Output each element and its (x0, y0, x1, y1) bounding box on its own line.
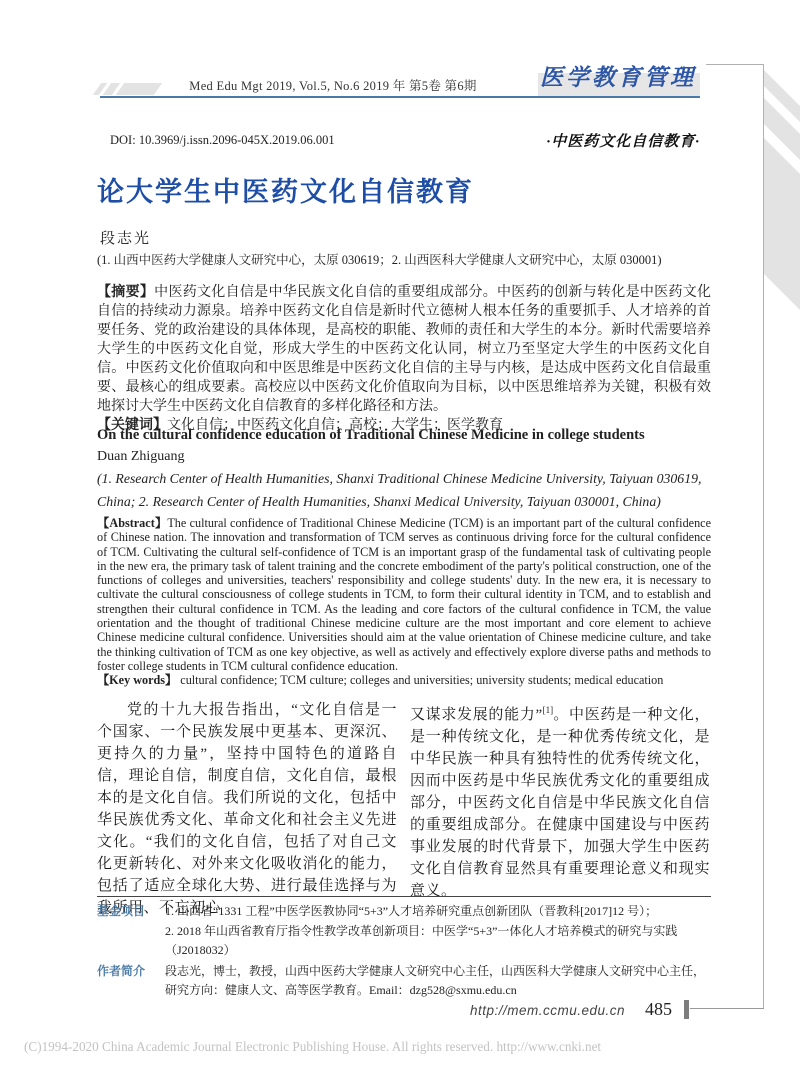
keywords-text-en: cultural confidence; TCM culture; colleg… (180, 673, 663, 687)
journal-name-logo: 医学教育管理 (532, 59, 704, 92)
fund-row: 基金项目 1. 山西省“1331 工程”中医学医教协同“5+3”人才培养研究重点… (97, 902, 713, 961)
abstract-en: 【Abstract】The cultural confidence of Tra… (97, 516, 711, 673)
article-title-en: On the cultural confidence education of … (97, 425, 711, 446)
footnote-block: 基金项目 1. 山西省“1331 工程”中医学医教协同“5+3”人才培养研究重点… (97, 902, 713, 1002)
article-body: 党的十九大报告指出，“文化自信是一个国家、一个民族发展中更基本、更深沉、更持久的… (97, 699, 711, 919)
author-name-zh: 段志光 (100, 227, 151, 248)
right-margin-bottom-tick (690, 1008, 764, 1009)
article-title-zh: 论大学生中医药文化自信教育 (97, 170, 474, 209)
abstract-text-zh: 中医药文化自信是中华民族文化自信的重要组成部分。中医药的创新与转化是中医药文化自… (97, 285, 711, 414)
affiliation-en: (1. Research Center of Health Humanities… (97, 467, 711, 513)
body-right-column: 又谋求发展的能力”[1]。中医药是一种文化，是一种传统文化，是一种优秀传统文化，… (410, 699, 710, 919)
abstract-label-en: 【Abstract】 (97, 516, 167, 530)
abstract-text-en: The cultural confidence of Traditional C… (97, 516, 711, 673)
reference-marker: [1] (543, 705, 554, 715)
body-right-text: 。中医药是一种文化，是一种传统文化，是一种优秀传统文化，是中华民族一种具有独特性… (410, 707, 710, 899)
fund-item: 2. 2018 年山西省教育厅指令性教学改革创新项目：中医学“5+3”一体化人才… (165, 922, 713, 961)
right-margin-top-tick (706, 64, 763, 65)
keywords-label-en: 【Key words】 (97, 673, 177, 687)
footnote-separator (97, 896, 711, 897)
keywords-en: 【Key words】 cultural confidence; TCM cul… (97, 673, 711, 688)
column-topic: ·中医药文化自信教育· (546, 130, 700, 151)
journal-url: http://mem.ccmu.edu.cn (470, 1003, 625, 1018)
header-rule (100, 96, 700, 98)
chinese-abstract-block: 【摘要】中医药文化自信是中华民族文化自信的重要组成部分。中医药的创新与转化是中医… (97, 283, 711, 435)
page-number: 485 (645, 999, 672, 1020)
copyright-watermark: (C)1994-2020 China Academic Journal Elec… (24, 1039, 774, 1055)
fund-content: 1. 山西省“1331 工程”中医学医教协同“5+3”人才培养研究重点创新团队（… (165, 902, 713, 961)
affiliation-zh: (1. 山西中医药大学健康人文研究中心，太原 030619；2. 山西医科大学健… (97, 250, 662, 268)
fund-item: 1. 山西省“1331 工程”中医学医教协同“5+3”人才培养研究重点创新团队（… (165, 902, 713, 922)
corner-chevron-decoration (764, 64, 800, 324)
bio-text: 段志光，博士，教授，山西中医药大学健康人文研究中心主任，山西医科大学健康人文研究… (165, 962, 713, 1001)
bio-row: 作者简介 段志光，博士，教授，山西中医药大学健康人文研究中心主任，山西医科大学健… (97, 962, 713, 1001)
english-block: On the cultural confidence education of … (97, 425, 711, 688)
header-citation: Med Edu Mgt 2019, Vol.5, No.6 2019 年 第5卷… (133, 76, 533, 94)
doi-text: DOI: 10.3969/j.issn.2096-045X.2019.06.00… (110, 133, 335, 148)
abstract-label-zh: 【摘要】 (97, 285, 154, 300)
abstract-zh: 【摘要】中医药文化自信是中华民族文化自信的重要组成部分。中医药的创新与转化是中医… (97, 283, 711, 416)
journal-page: Med Edu Mgt 2019, Vol.5, No.6 2019 年 第5卷… (0, 0, 800, 1078)
body-right-text: 又谋求发展的能力” (410, 707, 543, 723)
bio-label: 作者简介 (97, 962, 155, 1001)
author-name-en: Duan Zhiguang (97, 446, 711, 467)
page-number-bar (684, 1000, 689, 1019)
fund-label: 基金项目 (97, 902, 155, 961)
body-left-column: 党的十九大报告指出，“文化自信是一个国家、一个民族发展中更基本、更深沉、更持久的… (97, 699, 397, 919)
